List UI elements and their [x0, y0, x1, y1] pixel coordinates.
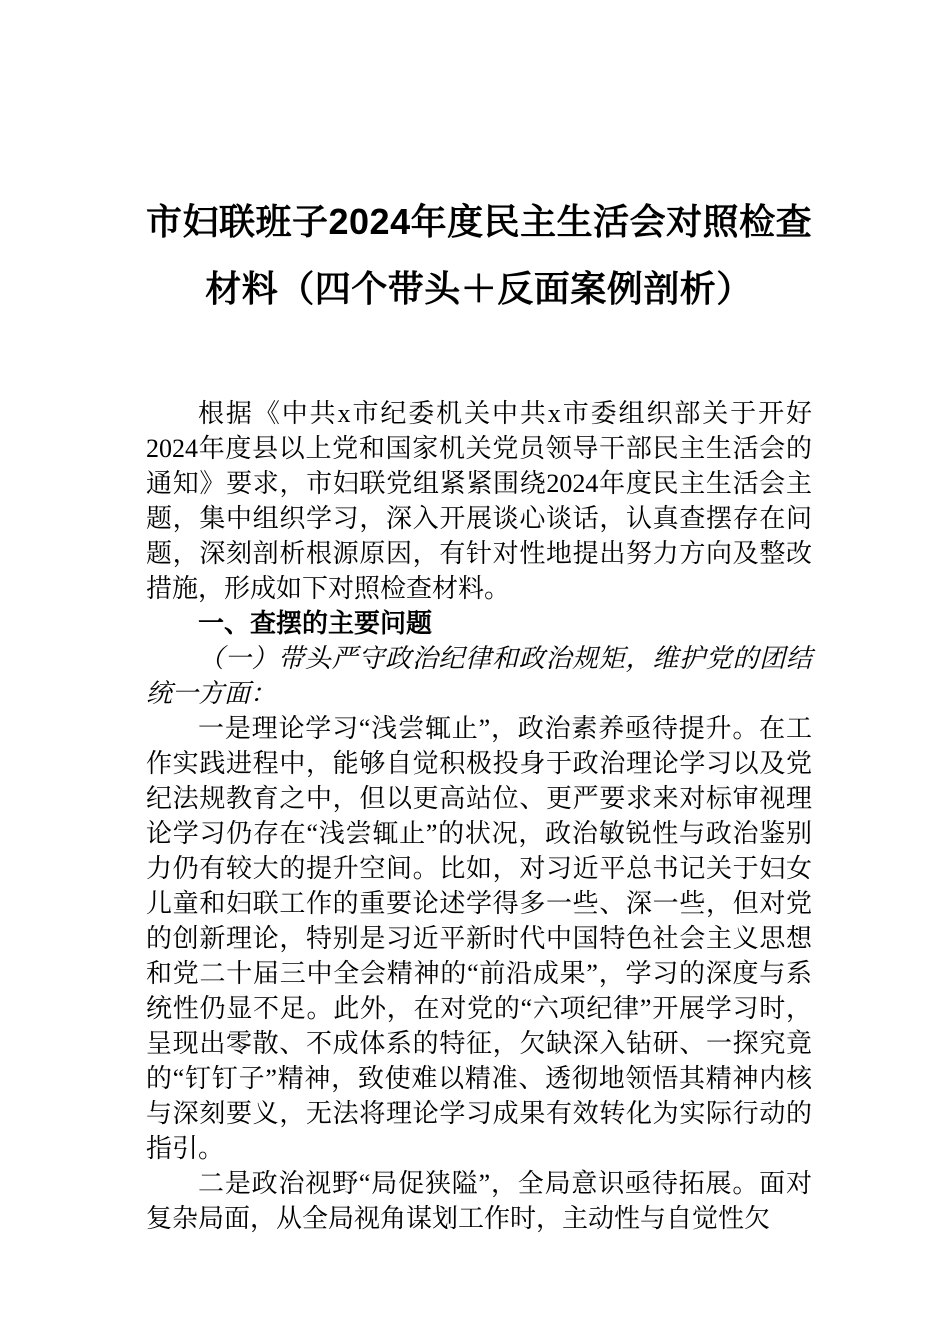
body-paragraph: 二是政治视野“局促狭隘”，全局意识亟待拓展。面对复杂局面，从全局视角谋划工作时，…	[146, 1166, 812, 1236]
section-heading: 一、查摆的主要问题	[146, 606, 812, 641]
document-title-line-1: 市妇联班子2024年度民主生活会对照检查	[146, 188, 812, 255]
document-title: 市妇联班子2024年度民主生活会对照检查 材料（四个带头＋反面案例剖析）	[146, 188, 812, 322]
document-body: 根据《中共x市纪委机关中共x市委组织部关于开好2024年度县以上党和国家机关党员…	[146, 396, 812, 1236]
document-content: 市妇联班子2024年度民主生活会对照检查 材料（四个带头＋反面案例剖析） 根据《…	[0, 0, 950, 1236]
body-paragraph: 根据《中共x市纪委机关中共x市委组织部关于开好2024年度县以上党和国家机关党员…	[146, 396, 812, 606]
body-paragraph: 一是理论学习“浅尝辄止”，政治素养亟待提升。在工作实践进程中，能够自觉积极投身于…	[146, 711, 812, 1166]
sub-heading: （一）带头严守政治纪律和政治规矩，维护党的团结统一方面：	[146, 641, 812, 711]
document-page: 市妇联班子2024年度民主生活会对照检查 材料（四个带头＋反面案例剖析） 根据《…	[0, 0, 950, 1344]
document-title-line-2: 材料（四个带头＋反面案例剖析）	[146, 255, 812, 322]
